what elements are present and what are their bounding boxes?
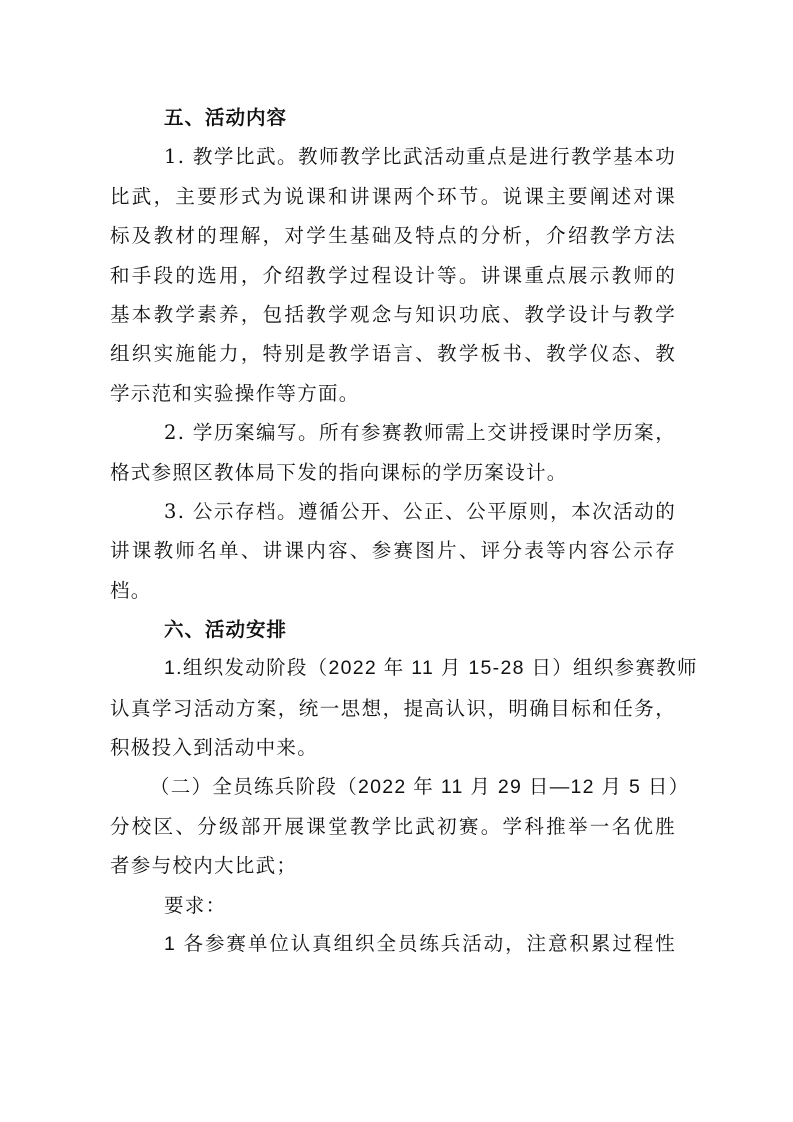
text-line: 讲课教师名单、讲课内容、参赛图片、评分表等内容公示存 <box>110 531 676 570</box>
text-line: 1.组织发动阶段（2022 年 11 月 15-28 日）组织参赛教师 <box>110 649 676 688</box>
paragraph-requirements-label: 要求： <box>110 886 676 925</box>
paragraph-mobilization-stage: 1.组织发动阶段（2022 年 11 月 15-28 日）组织参赛教师 认真学习… <box>110 649 676 767</box>
text-line: 1 各参赛单位认真组织全员练兵活动，注意积累过程性 <box>110 925 676 964</box>
text-line: 积极投入到活动中来。 <box>110 728 676 767</box>
document-page: 五、活动内容 1. 教学比武。教师教学比武活动重点是进行教学基本功 比武，主要形… <box>110 98 676 965</box>
text-line: 1. 教学比武。教师教学比武活动重点是进行教学基本功 <box>110 137 676 176</box>
paragraph-teaching-competition: 1. 教学比武。教师教学比武活动重点是进行教学基本功 比武，主要形式为说课和讲课… <box>110 137 676 413</box>
text-line: 比武，主要形式为说课和讲课两个环节。说课主要阐述对课 <box>110 177 676 216</box>
text-line: 者参与校内大比武； <box>110 846 676 885</box>
text-line: 基本教学素养，包括教学观念与知识功底、教学设计与教学 <box>110 295 676 334</box>
text-line: （二）全员练兵阶段（2022 年 11 月 29 日—12 月 5 日） <box>110 768 676 807</box>
text-line: 和手段的选用，介绍教学过程设计等。讲课重点展示教师的 <box>110 256 676 295</box>
section-heading-activity-content: 五、活动内容 <box>110 98 676 137</box>
text-line: 组织实施能力，特别是教学语言、教学板书、教学仪态、教 <box>110 334 676 373</box>
text-line: 3. 公示存档。遵循公开、公正、公平原则，本次活动的 <box>110 492 676 531</box>
section-heading-activity-schedule: 六、活动安排 <box>110 610 676 649</box>
text-line: 分校区、分级部开展课堂教学比武初赛。学科推举一名优胜 <box>110 807 676 846</box>
text-line: 档。 <box>110 571 676 610</box>
paragraph-training-stage: （二）全员练兵阶段（2022 年 11 月 29 日—12 月 5 日） 分校区… <box>110 768 676 886</box>
paragraph-publicity-archive: 3. 公示存档。遵循公开、公正、公平原则，本次活动的 讲课教师名单、讲课内容、参… <box>110 492 676 610</box>
text-line: 认真学习活动方案，统一思想，提高认识，明确目标和任务， <box>110 689 676 728</box>
text-line: 标及教材的理解，对学生基础及特点的分析，介绍教学方法 <box>110 216 676 255</box>
text-line: 学示范和实验操作等方面。 <box>110 374 676 413</box>
paragraph-learning-plan: 2. 学历案编写。所有参赛教师需上交讲授课时学历案， 格式参照区教体局下发的指向… <box>110 413 676 492</box>
text-line: 格式参照区教体局下发的指向课标的学历案设计。 <box>110 453 676 492</box>
text-line: 2. 学历案编写。所有参赛教师需上交讲授课时学历案， <box>110 413 676 452</box>
paragraph-requirement-1: 1 各参赛单位认真组织全员练兵活动，注意积累过程性 <box>110 925 676 964</box>
text-line: 要求： <box>110 886 676 925</box>
